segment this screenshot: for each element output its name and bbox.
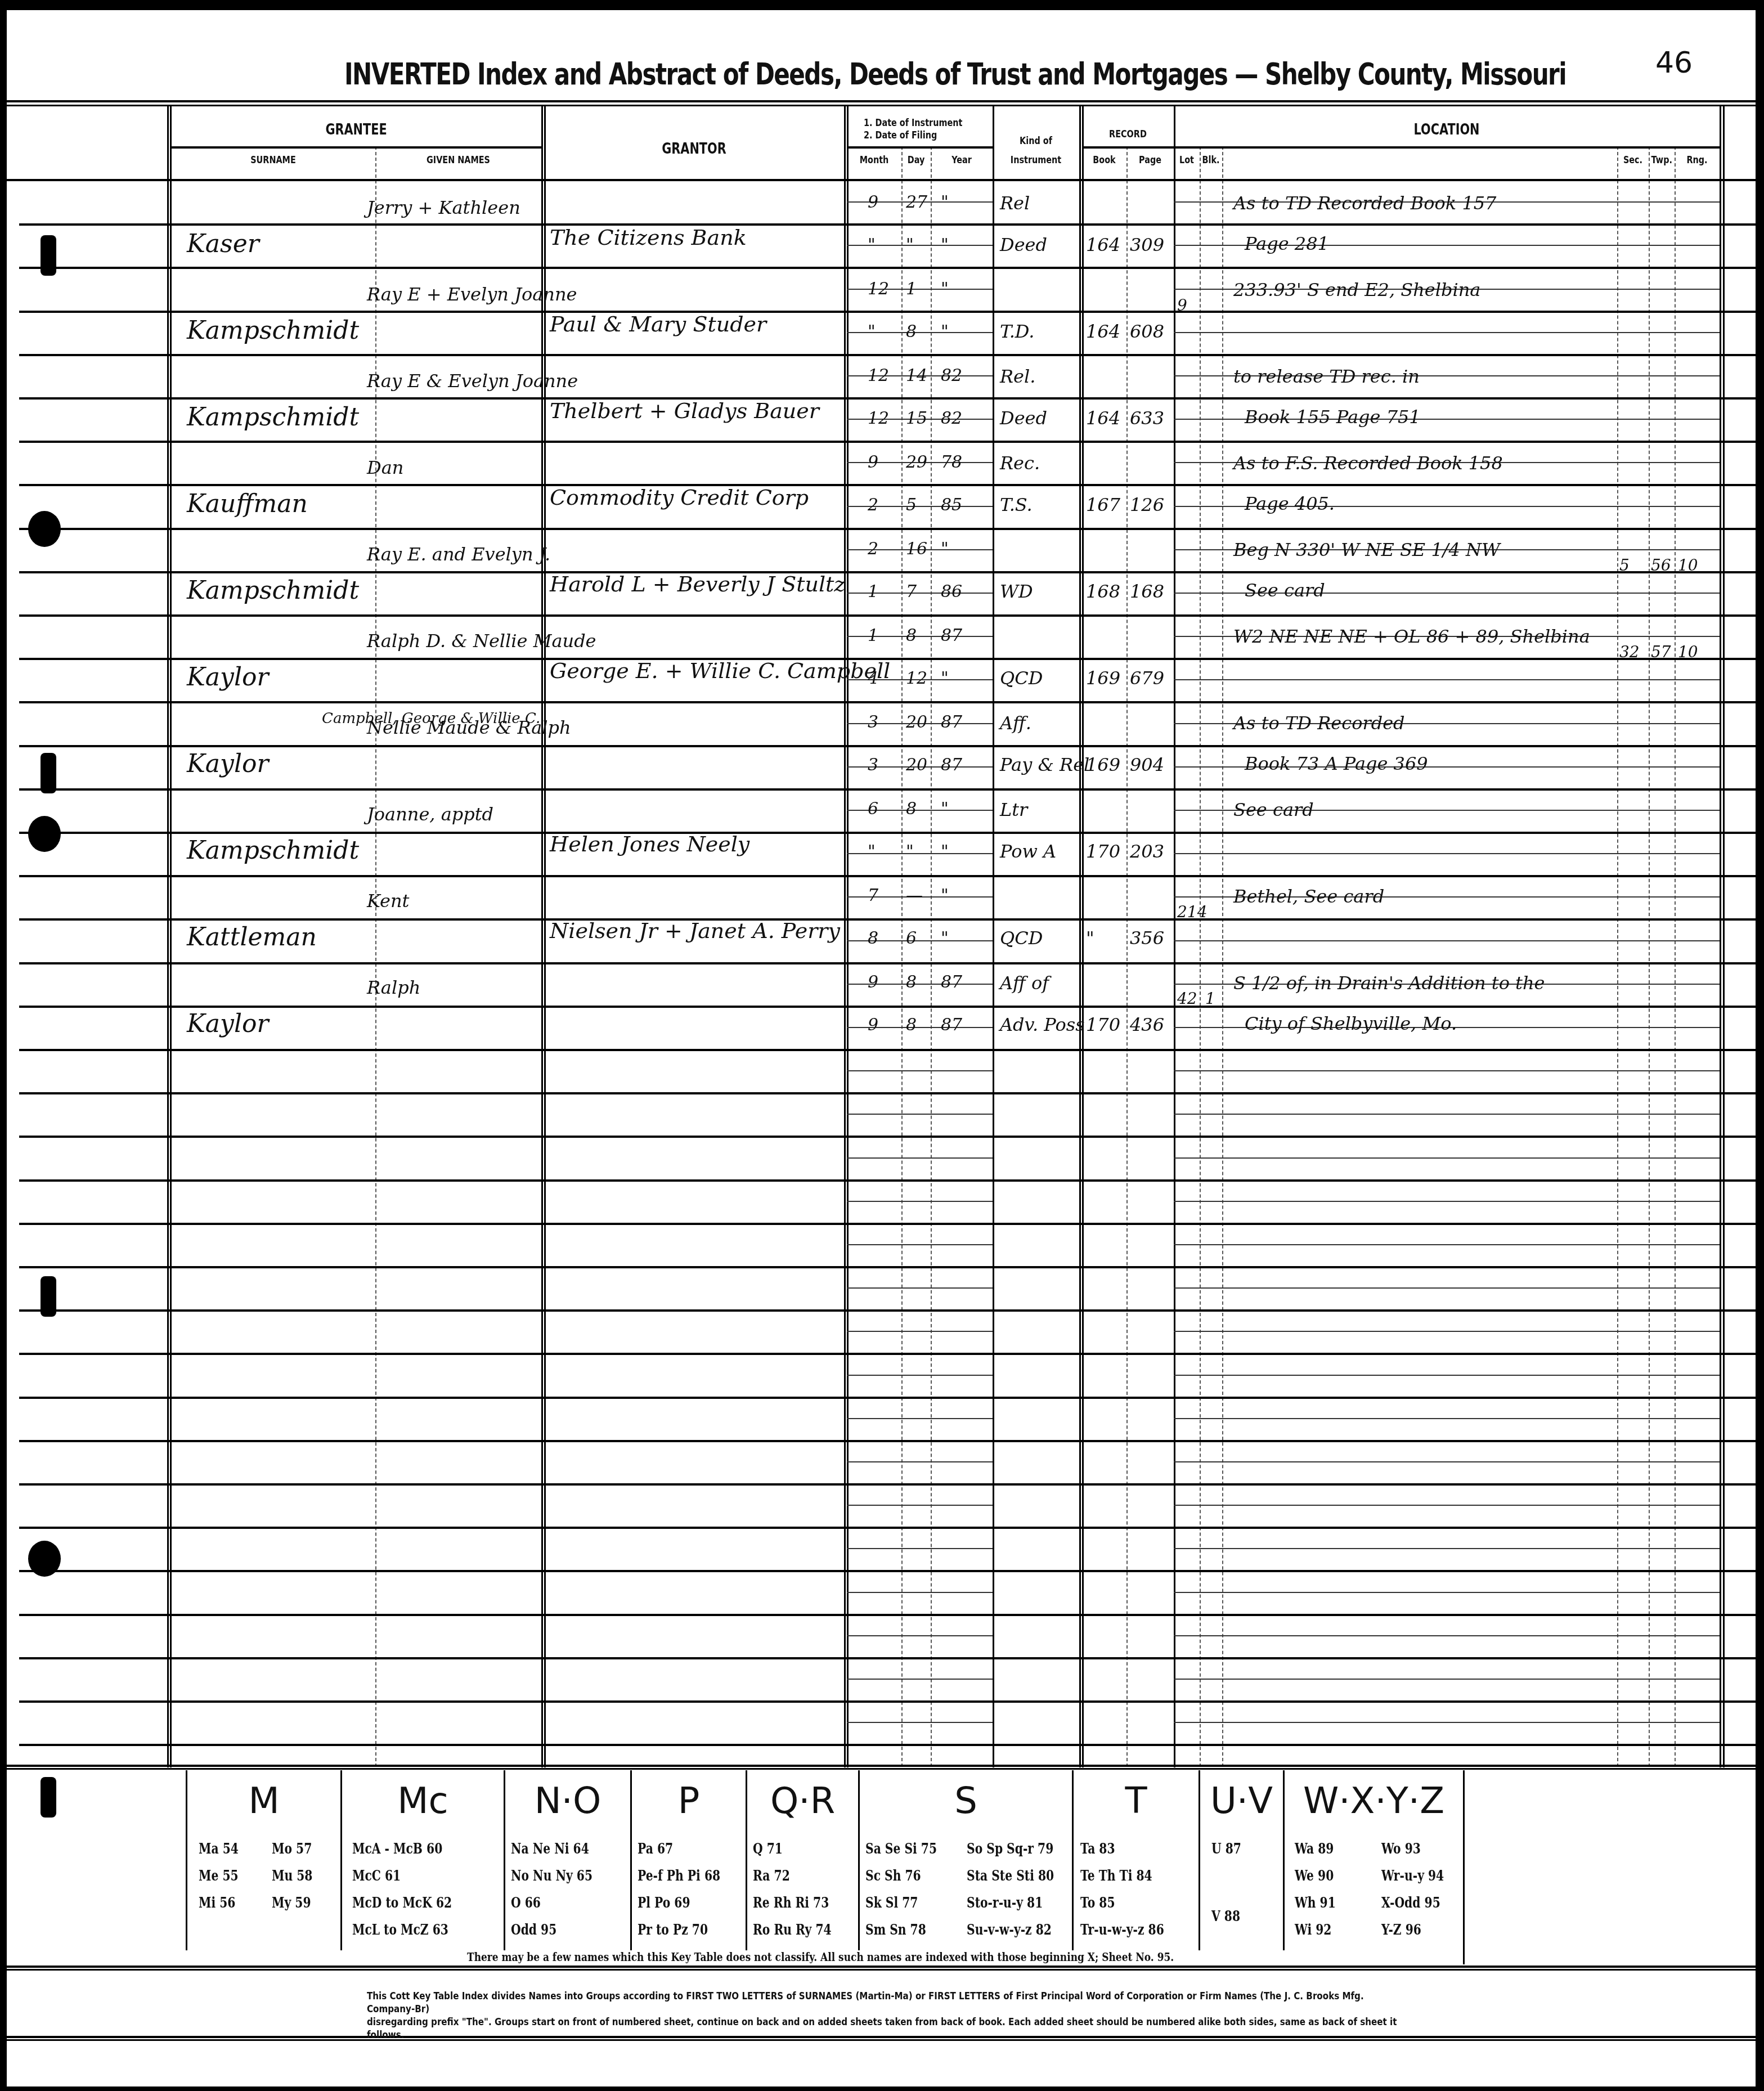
grantor-name: Thelbert + Gladys Bauer [550,398,819,423]
key-group: Q·RQ 71Ra 72Re Rh Ri 73Ro Ru Ry 74 [746,1770,858,1950]
date-instrument-day: 20 [906,712,927,732]
date-filing-month: " [868,842,876,861]
instrument-kind-line1: Rec. [1000,452,1040,474]
half-row-rule [1174,853,1720,854]
date-instrument-year: 87 [941,972,962,992]
half-row-rule [1174,1548,1720,1549]
key-entry: My 59 [272,1895,311,1911]
location-description: Bethel, See card [1233,886,1384,907]
instrument-kind: T.D. [1000,321,1035,342]
half-row-rule [1174,679,1720,680]
location-twp: 57 [1651,643,1671,661]
date-instrument-year: " [941,539,949,559]
record-page: 126 [1130,494,1164,515]
key-entry: McC 61 [352,1868,401,1884]
header-grantee: GRANTEE [208,122,504,138]
date-instrument-day: 16 [906,539,927,559]
divider-desc-sec [1617,146,1618,1767]
half-row-rule [847,1635,993,1636]
row-rule [19,528,1756,530]
row-rule [19,354,1756,356]
half-row-rule [1174,1722,1720,1723]
record-book: 170 [1086,841,1120,862]
header-given-names: GIVEN NAMES [392,154,525,166]
key-table-right-border [1463,1770,1465,1964]
row-rule [19,1657,1756,1659]
header-day: Day [904,154,928,166]
date-instrument-day: 8 [906,799,917,819]
record-page: 356 [1130,927,1164,949]
header-lot: Lot [1177,154,1197,166]
key-entry: To 85 [1080,1895,1115,1911]
key-entry: Odd 95 [511,1922,556,1939]
instrument-kind: Pay & Rel [1000,754,1089,775]
binder-hole [28,511,61,547]
key-bottom-rule [7,1966,1756,1968]
half-row-rule [1174,1418,1720,1419]
binder-slot [41,1777,56,1818]
location-rng: 10 [1678,556,1698,575]
key-group: McMcA - McB 60McC 61McD to McK 62McL to … [340,1770,504,1950]
grantee-surname: Kampschmidt [187,576,359,605]
header-date-instrument: 1. Date of Instrument [864,117,967,129]
row-rule [19,962,1756,964]
key-group: U·VU 87V 88 [1199,1770,1283,1950]
header-grantor: GRANTOR [574,141,814,158]
date-instrument-month: 9 [868,452,878,472]
location-description: 233.93' S end E2, Shelbina [1233,279,1480,300]
record-book: 169 [1086,754,1120,775]
date-instrument-year: " [941,799,949,819]
grantee-surname: Kaylor [187,750,269,778]
date-filing-month: 2 [868,495,878,515]
instrument-kind-line1: Aff of [1000,972,1049,994]
half-row-rule [847,1157,993,1159]
record-page: 168 [1130,581,1164,602]
half-row-rule [847,1548,993,1549]
key-entry: Mu 58 [272,1868,312,1884]
header-surname: SURNAME [191,154,354,166]
grantee-surname: Kauffman [187,490,308,518]
key-entry: McA - McB 60 [352,1841,442,1857]
divider-sec-twp [1649,146,1650,1767]
half-row-rule [1174,1375,1720,1376]
half-row-rule [847,1070,993,1071]
date-instrument-day: 8 [906,626,917,645]
key-entry: Y-Z 96 [1381,1922,1421,1939]
key-entry: Te Th Ti 84 [1080,1868,1152,1884]
key-bottom-rule-2 [7,1969,1756,1971]
date-instrument-day: 8 [906,972,917,992]
date-instrument-month: 7 [868,886,878,905]
instrument-kind-line1: Ltr [1000,799,1027,820]
header-sec: Sec. [1621,154,1646,166]
key-group-letter: S [860,1780,1072,1822]
binder-slot [41,235,56,276]
row-rule [19,1006,1756,1008]
date-filing-day: 15 [906,409,927,428]
key-group-letter: W·X·Y·Z [1285,1780,1463,1822]
date-filing-day: " [906,842,914,861]
divider-twp-rng [1675,146,1676,1767]
date-subheader-rule [847,146,993,149]
header-bottom-rule [7,179,1756,181]
date-filing-day: 8 [906,1015,917,1035]
date-instrument-year: 78 [941,452,962,472]
half-row-rule [1174,1505,1720,1506]
row-rule [19,1266,1756,1268]
key-entry: Mi 56 [199,1895,235,1911]
instrument-kind-line1: Rel [1000,192,1030,214]
key-group: MMa 54Me 55Mi 56Mo 57Mu 58My 59 [186,1770,340,1950]
row-rule [19,1570,1756,1572]
row-rule [19,571,1756,573]
date-instrument-month: 1 [868,626,878,645]
record-page: 608 [1130,321,1164,342]
header-twp: Twp. [1651,154,1672,166]
row-rule [19,788,1756,791]
date-filing-month: 4 [868,668,878,688]
location-description-cont: Book 73 A Page 369 [1245,753,1428,774]
date-filing-year: " [941,842,949,861]
date-instrument-year: 87 [941,712,962,732]
location-description: See card [1233,799,1314,820]
key-entry: Wh 91 [1295,1895,1336,1911]
half-row-rule [847,1201,993,1202]
date-filing-day: 5 [906,495,917,515]
key-group-letter: M [187,1780,340,1822]
key-entry: Ra 72 [753,1868,790,1884]
binder-slot [41,1276,56,1317]
grantee-given-names: Kent [367,890,409,912]
row-rule [19,267,1756,269]
key-entry: Q 71 [753,1841,783,1857]
date-filing-day: " [906,235,914,255]
row-rule [19,484,1756,486]
half-row-rule [1174,1244,1720,1245]
location-description-cont: Page 405. [1245,493,1335,514]
key-group: SSa Se Si 75Sc Sh 76Sk Sl 77Sm Sn 78So S… [858,1770,1072,1950]
date-instrument-month: 6 [868,799,878,819]
header-kind-of: Kind of [1001,135,1070,147]
grantee-given-names: Ray E & Evelyn Joanne [367,370,578,392]
key-entry: Ta 83 [1080,1841,1115,1857]
date-instrument-year: 87 [941,626,962,645]
date-instrument-day: 1 [906,279,917,299]
grantee-surname: Kaylor [187,1009,269,1038]
key-entry: U 87 [1211,1841,1241,1857]
key-top-rule [7,1765,1756,1767]
title-strong: INVERTED [344,56,470,92]
grantee-surname: Kaser [187,230,259,258]
location-description: As to F.S. Recorded Book 158 [1233,452,1503,474]
grantee-surname: Kampschmidt [187,316,359,345]
key-entry: Sta Ste Sti 80 [967,1868,1054,1884]
half-row-rule [847,1331,993,1332]
key-entry: O 66 [511,1895,541,1911]
date-filing-day: 8 [906,322,917,342]
location-lot: 9 [1177,296,1187,315]
key-entry: McD to McK 62 [352,1895,452,1911]
date-instrument-month: 3 [868,712,878,732]
location-description-cont: Book 155 Page 751 [1245,406,1421,428]
date-instrument-month: 9 [868,192,878,212]
record-book: 164 [1086,234,1120,255]
date-filing-year: 87 [941,1015,962,1035]
date-filing-day: 6 [906,928,917,948]
key-entry: Pe-f Ph Pi 68 [638,1868,720,1884]
row-rule [19,223,1756,226]
key-entry: Sk Sl 77 [865,1895,918,1911]
header-instrument: Instrument [1001,154,1070,166]
grantor-name: Nielsen Jr + Janet A. Perry [550,918,840,943]
location-description: Beg N 330' W NE SE 1/4 NW [1233,539,1500,560]
key-entry: X-Odd 95 [1381,1895,1440,1911]
half-row-rule [1174,1679,1720,1680]
date-instrument-day: 29 [906,452,927,472]
date-filing-day: 12 [906,668,927,688]
grantor-name: George E. + Willie C. Campbell [550,658,890,683]
date-instrument-year: " [941,886,949,905]
sheet-number: 46 [1655,46,1693,80]
key-entry: V 88 [1211,1908,1240,1925]
row-rule [19,1309,1756,1312]
top-rule-2 [7,105,1756,106]
location-description: W2 NE NE NE + OL 86 + 89, Shelbina [1233,626,1590,647]
key-entry: Mo 57 [272,1841,312,1857]
location-description-cont: Page 281 [1245,233,1329,254]
instrument-kind: T.S. [1000,494,1033,515]
date-filing-year: " [941,322,949,342]
row-rule [19,311,1756,313]
date-filing-month: " [868,235,876,255]
half-row-rule [1174,1331,1720,1332]
key-entry: Tr-u-w-y-z 86 [1080,1922,1164,1939]
date-filing-year: " [941,668,949,688]
key-group: W·X·Y·ZWa 89We 90Wh 91Wi 92Wo 93Wr-u-y 9… [1283,1770,1463,1950]
date-instrument-month: 12 [868,366,889,385]
date-filing-year: " [941,928,949,948]
date-filing-month: " [868,322,876,342]
grantee-surname: Kampschmidt [187,836,359,865]
half-row-rule [847,1375,993,1376]
date-filing-year: 87 [941,755,962,775]
instrument-kind: QCD [1000,667,1043,689]
grantor-name: Helen Jones Neely [550,832,749,856]
half-row-rule [1174,332,1720,333]
half-row-rule [1174,1114,1720,1115]
date-instrument-day: 14 [906,366,927,385]
half-row-rule [1174,1287,1720,1289]
key-group: PPa 67Pe-f Ph Pi 68Pl Po 69Pr to Pz 70 [630,1770,746,1950]
record-page: 904 [1130,754,1164,775]
grantor-name: Paul & Mary Studer [550,312,766,336]
key-entry: Sm Sn 78 [865,1922,926,1939]
date-filing-year: 86 [941,582,962,602]
location-rng: 10 [1678,643,1698,661]
divider-month-day [901,146,903,1767]
key-entry: Ma 54 [199,1841,239,1857]
footer-line-2: disregarding prefix "The". Groups start … [367,2016,1407,2041]
row-rule [19,1440,1756,1442]
divider-blk-desc [1222,146,1223,1767]
grantor-name: Harold L + Beverly J Stultz [550,572,845,596]
page-title: INVERTED Index and Abstract of Deeds, De… [344,56,1566,92]
key-entry: Na Ne Ni 64 [511,1841,589,1857]
location-sec: 32 [1619,643,1640,661]
row-rule [19,441,1756,443]
record-subheader-rule [1082,146,1174,149]
row-rule [19,614,1756,617]
date-filing-month: 9 [868,1015,878,1035]
record-page: 203 [1130,841,1164,862]
key-entry: Sc Sh 76 [865,1868,921,1884]
date-instrument-day: 27 [906,192,927,212]
binder-slot [41,753,56,793]
date-instrument-month: 12 [868,279,889,299]
record-book: 167 [1086,494,1120,515]
key-group-letter: T [1074,1780,1199,1822]
half-row-rule [847,1722,993,1723]
grantee-given-names: Ralph [367,977,420,998]
location-subheader-rule [1174,146,1720,149]
location-description-cont: See card [1245,580,1325,601]
record-book: " [1086,927,1094,949]
key-entry: Sto-r-u-y 81 [967,1895,1043,1911]
half-row-rule [847,1244,993,1245]
grantee-note: Campbell, George & Willie C. [322,710,540,727]
date-filing-month: 12 [868,409,889,428]
half-row-rule [1174,1635,1720,1636]
location-lot: 214 [1177,903,1207,921]
date-instrument-year: " [941,192,949,212]
half-row-rule [1174,940,1720,941]
key-entry: Wo 93 [1381,1841,1421,1857]
row-rule [19,397,1756,400]
instrument-kind-line1: Rel. [1000,366,1035,387]
key-entry: Me 55 [199,1868,239,1884]
grantee-surname: Kampschmidt [187,403,359,432]
row-rule [19,1614,1756,1616]
date-filing-year: 82 [941,409,962,428]
key-group-letter: N·O [505,1780,630,1822]
key-group: TTa 83Te Th Ti 84To 85Tr-u-w-y-z 86 [1072,1770,1199,1950]
date-filing-day: 7 [906,582,917,602]
location-blk: 1 [1205,989,1215,1008]
ledger-page: INVERTED Index and Abstract of Deeds, De… [7,10,1756,2086]
location-description-cont: City of Shelbyville, Mo. [1245,1013,1457,1034]
half-row-rule [1174,1070,1720,1071]
key-entry: No Nu Ny 65 [511,1868,593,1884]
key-entry: So Sp Sq-r 79 [967,1841,1053,1857]
date-instrument-month: 2 [868,539,878,559]
divider-lot-blk [1200,146,1201,1767]
instrument-kind-line1: Aff. [1000,712,1031,734]
key-group-letter: U·V [1200,1780,1283,1822]
instrument-kind: QCD [1000,927,1043,949]
header-book: Book [1087,154,1122,166]
row-rule [19,918,1756,921]
date-filing-day: 20 [906,755,927,775]
binder-hole [28,816,61,852]
instrument-kind: Deed [1000,407,1047,429]
header-rng: Rng. [1679,154,1715,166]
half-row-rule [1174,1461,1720,1462]
date-instrument-year: 82 [941,366,962,385]
divider-day-year [931,146,932,1767]
header-year: Year [937,154,986,166]
row-rule [19,1353,1756,1355]
record-page: 679 [1130,667,1164,689]
date-instrument-month: 9 [868,972,878,992]
half-row-rule [847,1461,993,1462]
location-description: As to TD Recorded Book 157 [1233,192,1496,214]
half-row-rule [847,1592,993,1593]
key-group-letter: P [632,1780,746,1822]
half-row-rule [847,1679,993,1680]
location-lot: 42 [1177,989,1197,1008]
date-instrument-year: " [941,279,949,299]
header-blk: Blk. [1202,154,1220,166]
grantee-given-names: Ray E. and Evelyn J. [367,544,550,565]
key-entry: Ro Ru Ry 74 [753,1922,832,1939]
grantee-given-names: Ralph D. & Nellie Maude [367,630,596,652]
row-rule [19,1049,1756,1051]
grantee-subheader-rule [171,146,541,149]
record-book: 169 [1086,667,1120,689]
grantee-given-names: Ray E + Evelyn Joanne [367,284,577,305]
key-entry: Pl Po 69 [638,1895,690,1911]
key-entry: Wi 92 [1295,1922,1331,1939]
grantee-surname: Kattleman [187,923,317,952]
half-row-rule [1174,1592,1720,1593]
grantee-given-names: Dan [367,457,403,478]
binder-hole [28,1541,61,1577]
key-group: N·ONa Ne Ni 64No Nu Ny 65O 66Odd 95 [504,1770,630,1950]
key-entry: Re Rh Ri 73 [753,1895,829,1911]
location-description: to release TD rec. in [1233,366,1420,387]
date-filing-month: 1 [868,582,878,602]
grantee-given-names: Joanne, apptd [367,804,493,825]
row-rule [19,1092,1756,1094]
footer-instructions: This Cott Key Table Index divides Names … [367,1990,1407,2041]
key-group-letter: Q·R [747,1780,858,1822]
title-rest: Index and Abstract of Deeds, Deeds of Tr… [470,56,1566,92]
row-rule [19,1744,1756,1746]
record-page: 309 [1130,234,1164,255]
instrument-kind: Deed [1000,234,1047,255]
key-entry: Sa Se Si 75 [865,1841,937,1857]
record-book: 164 [1086,407,1120,429]
row-rule [19,1397,1756,1399]
date-filing-year: 85 [941,495,962,515]
record-book: 170 [1086,1014,1120,1035]
header-page: Page [1131,154,1169,166]
row-rule [19,1223,1756,1225]
half-row-rule [847,1505,993,1506]
divider-book-page [1126,146,1128,1767]
location-description: S 1/2 of, in Drain's Addition to the [1233,972,1545,994]
record-page: 436 [1130,1014,1164,1035]
record-book: 164 [1086,321,1120,342]
key-entry: Su-v-w-y-z 82 [967,1922,1052,1939]
row-rule [19,1700,1756,1703]
half-row-rule [847,1114,993,1115]
grantee-surname: Kaylor [187,663,269,692]
row-rule [19,1136,1756,1138]
date-filing-month: 3 [868,755,878,775]
row-rule [19,1483,1756,1486]
